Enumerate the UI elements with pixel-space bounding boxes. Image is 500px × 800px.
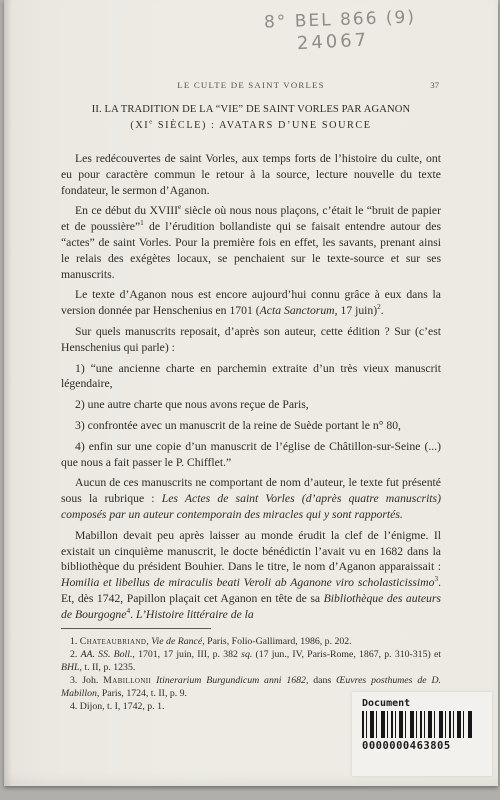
paragraph: Aucun de ces manuscrits ne comportant de… xyxy=(61,475,441,522)
page-number: 37 xyxy=(430,80,439,90)
text-column: LE CULTE DE SAINT VORLES 37 II. LA TRADI… xyxy=(61,80,441,713)
list-item: 3) confrontée avec un manuscrit de la re… xyxy=(61,418,441,434)
barcode-number: 0000000463805 xyxy=(362,740,492,752)
paragraph: Le texte d’Aganon nous est encore aujour… xyxy=(61,287,441,319)
footnote: 2. AA. SS. Boll., 1701, 17 juin, III, p.… xyxy=(61,648,441,674)
paragraph: Sur quels manuscrits reposait, d’après s… xyxy=(61,324,441,356)
footnote-separator xyxy=(61,628,211,629)
list-item: 4) enfin sur une copie d’un manuscrit de… xyxy=(61,439,441,471)
body-text: Les redécouvertes de saint Vorles, aux t… xyxy=(61,151,441,623)
list-item: 1) “une ancienne charte en parchemin ext… xyxy=(61,361,441,393)
footnote: 1. Chateaubriand, Vie de Rancé, Paris, F… xyxy=(61,635,441,648)
scanned-book-page: 8° BEL 866 (9) 24067 LE CULTE DE SAINT V… xyxy=(4,0,498,786)
barcode-label: Document xyxy=(362,698,492,709)
paragraph: En ce début du XVIIIe siècle où nous nou… xyxy=(61,203,441,282)
barcode-sticker: Document 0000000463805 xyxy=(352,692,492,776)
running-header: LE CULTE DE SAINT VORLES 37 xyxy=(61,80,441,90)
paragraph: Mabillon devait peu après laisser au mon… xyxy=(61,528,441,623)
section-title-line2: (XIe SIÈCLE) : AVATARS D’UNE SOURCE xyxy=(61,120,441,131)
section-title-line1: II. LA TRADITION DE LA “VIE” DE SAINT VO… xyxy=(61,104,441,115)
running-title: LE CULTE DE SAINT VORLES xyxy=(177,80,324,90)
handwritten-shelfmark: 8° BEL 866 (9) 24067 xyxy=(242,10,438,52)
barcode-icon xyxy=(362,711,474,738)
list-item: 2) une autre charte que nous avons reçue… xyxy=(61,397,441,413)
paragraph: Les redécouvertes de saint Vorles, aux t… xyxy=(61,151,441,198)
section-title: II. LA TRADITION DE LA “VIE” DE SAINT VO… xyxy=(61,104,441,131)
